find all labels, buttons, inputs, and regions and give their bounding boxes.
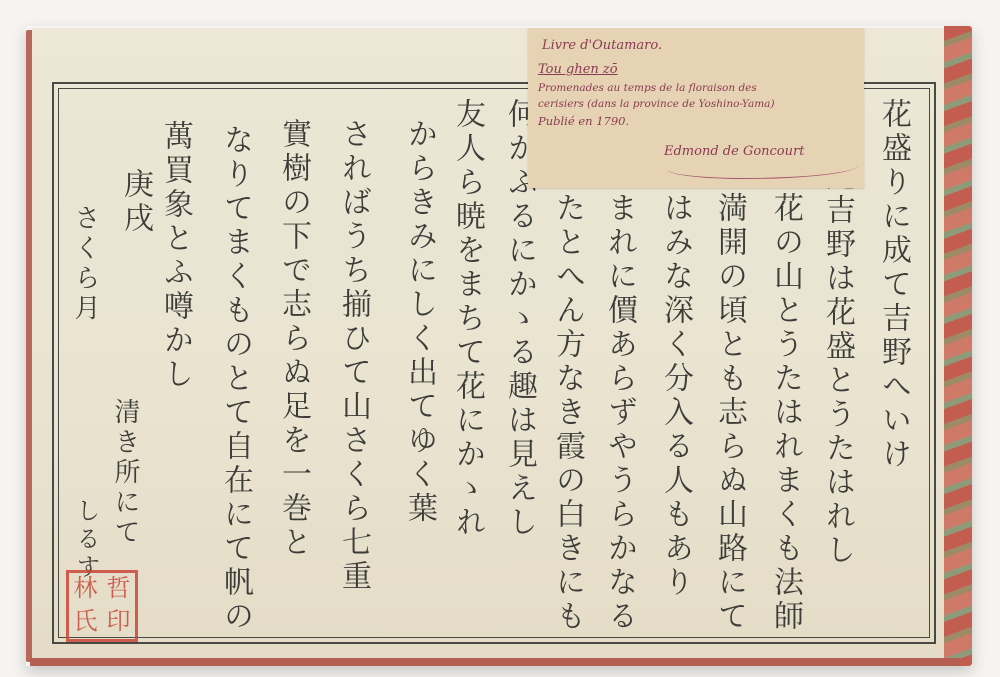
red-seal-stamp: 林 哲 氏 印 — [66, 570, 138, 642]
text-column: からきみにしく出てゆく葉 — [404, 118, 434, 526]
text-column: まれに價あらずやうらかなる — [604, 192, 634, 634]
cover-edge-bottom — [30, 658, 960, 666]
text-column: 花の山とうたはれまくも法師 — [770, 192, 800, 634]
handwritten-note-slip: Livre d'Outamaro. Tou ghen zō Promenades… — [528, 28, 864, 188]
open-book: 友人ら暁をまちて花にかゝれ からきみにしく出てゆく葉 さればうち揃ひて山さくら七… — [26, 26, 972, 666]
seal-char: 印 — [102, 606, 135, 639]
seal-char: 氏 — [69, 606, 102, 639]
text-column: 友人ら暁をまちて花にかゝれ — [452, 98, 482, 540]
signature-column: 清き所にて — [112, 398, 138, 548]
text-column: 實樹の下で志らぬ足を一巻と — [278, 118, 308, 560]
note-description-line: cerisiers (dans la province de Yoshino-Y… — [538, 98, 775, 110]
note-book-title: Tou ghen zō — [538, 62, 618, 77]
seal-char: 哲 — [102, 573, 135, 606]
text-column: たとへん方なき霞の白きにも — [552, 192, 582, 634]
text-column: 満開の頃とも志らぬ山路にて — [714, 192, 744, 634]
left-page: 友人ら暁をまちて花にかゝれ からきみにしく出てゆく葉 さればうち揃ひて山さくら七… — [32, 28, 501, 658]
note-title: Livre d'Outamaro. — [542, 38, 662, 53]
signature-flourish — [668, 156, 858, 179]
seal-char: 林 — [69, 573, 102, 606]
brocade-cover-edge — [944, 26, 972, 666]
note-description-line: Promenades au temps de la floraison des — [538, 82, 757, 94]
text-column: はみな深く分入る人もあり — [660, 192, 690, 600]
note-publication-date: Publié en 1790. — [538, 114, 629, 128]
text-column: 萬買象とふ噂かし — [160, 120, 190, 392]
month-column: さくら月 — [72, 204, 98, 324]
text-column: なりてまくものとて自在にて帆の — [220, 124, 250, 634]
text-column: さればうち揃ひて山さくら七重 — [338, 118, 368, 594]
text-column: 花盛りに成て吉野へいけ — [878, 98, 908, 472]
date-column: 庚戌 — [120, 168, 150, 236]
